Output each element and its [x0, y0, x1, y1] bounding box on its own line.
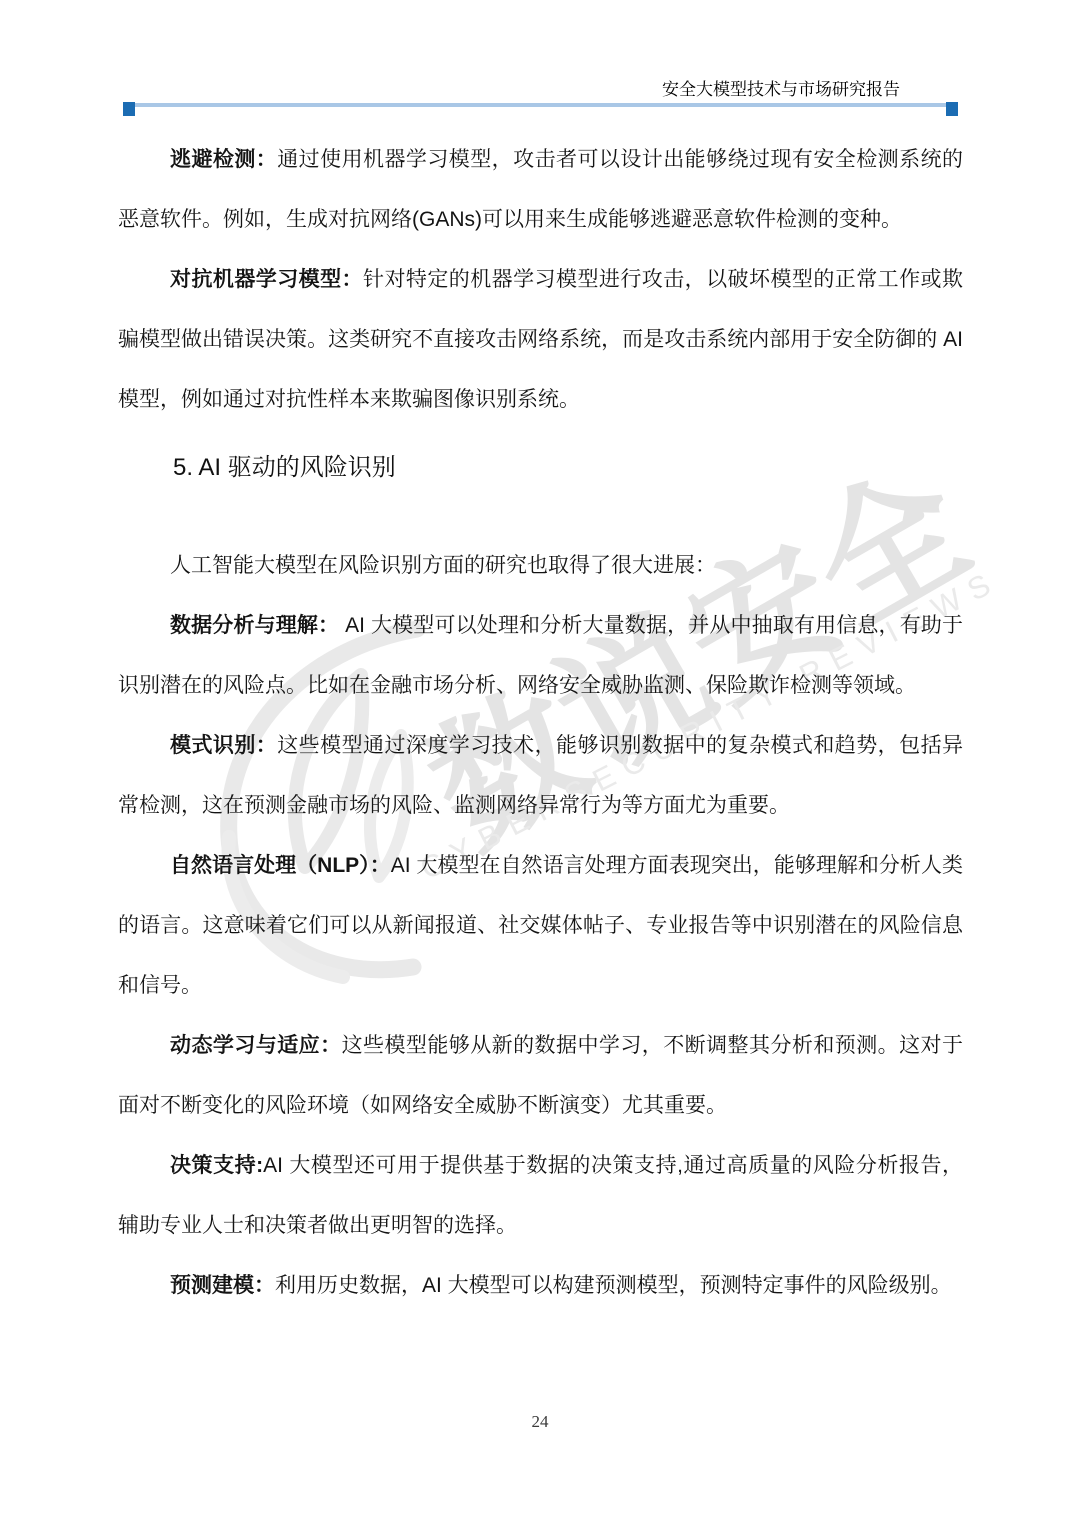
paragraph-pattern-recognition: 模式识别：这些模型通过深度学习技术，能够识别数据中的复杂模式和趋势，包括异常检测…	[118, 716, 963, 836]
header-title: 安全大模型技术与市场研究报告	[662, 80, 900, 100]
paragraph-lead: 自然语言处理（NLP）：	[170, 854, 391, 877]
paragraph-lead: 逃避检测：	[170, 148, 277, 171]
paragraph-data-analysis: 数据分析与理解： AI 大模型可以处理和分析大量数据，并从中抽取有用信息，有助于…	[118, 596, 963, 716]
page-number: 24	[0, 1412, 1080, 1432]
paragraph-predictive-modeling: 预测建模：利用历史数据，AI 大模型可以构建预测模型，预测特定事件的风险级别。	[118, 1256, 963, 1316]
paragraph-lead: 决策支持:	[170, 1154, 263, 1177]
report-page: 数说安全 CYBERSECURITY REVIEWS 安全大模型技术与市场研究报…	[0, 0, 1080, 1527]
header-rule-right-cap	[946, 102, 958, 116]
paragraph-intro: 人工智能大模型在风险识别方面的研究也取得了很大进展：	[118, 536, 963, 596]
header-rule	[123, 103, 958, 107]
paragraph-lead: 对抗机器学习模型：	[170, 268, 363, 291]
paragraph-lead: 预测建模：	[170, 1274, 275, 1297]
header-rule-left-cap	[123, 102, 135, 116]
paragraph-lead: 数据分析与理解：	[170, 614, 339, 637]
paragraph-lead: 动态学习与适应：	[170, 1034, 342, 1057]
paragraph-evasion-detection: 逃避检测：通过使用机器学习模型，攻击者可以设计出能够绕过现有安全检测系统的恶意软…	[118, 130, 963, 250]
paragraph-lead: 模式识别：	[170, 734, 277, 757]
paragraph-nlp: 自然语言处理（NLP）：AI 大模型在自然语言处理方面表现突出，能够理解和分析人…	[118, 836, 963, 1016]
paragraph-text: 人工智能大模型在风险识别方面的研究也取得了很大进展：	[170, 554, 716, 577]
paragraph-dynamic-learning: 动态学习与适应：这些模型能够从新的数据中学习，不断调整其分析和预测。这对于面对不…	[118, 1016, 963, 1136]
section-heading: 5. AI 驱动的风险识别	[118, 438, 963, 498]
paragraph-text: 利用历史数据，AI 大模型可以构建预测模型，预测特定事件的风险级别。	[275, 1274, 952, 1297]
paragraph-decision-support: 决策支持:AI 大模型还可用于提供基于数据的决策支持,通过高质量的风险分析报告，…	[118, 1136, 963, 1256]
paragraph-adversarial-ml: 对抗机器学习模型：针对特定的机器学习模型进行攻击，以破坏模型的正常工作或欺骗模型…	[118, 250, 963, 430]
body-content: 逃避检测：通过使用机器学习模型，攻击者可以设计出能够绕过现有安全检测系统的恶意软…	[118, 130, 963, 1316]
